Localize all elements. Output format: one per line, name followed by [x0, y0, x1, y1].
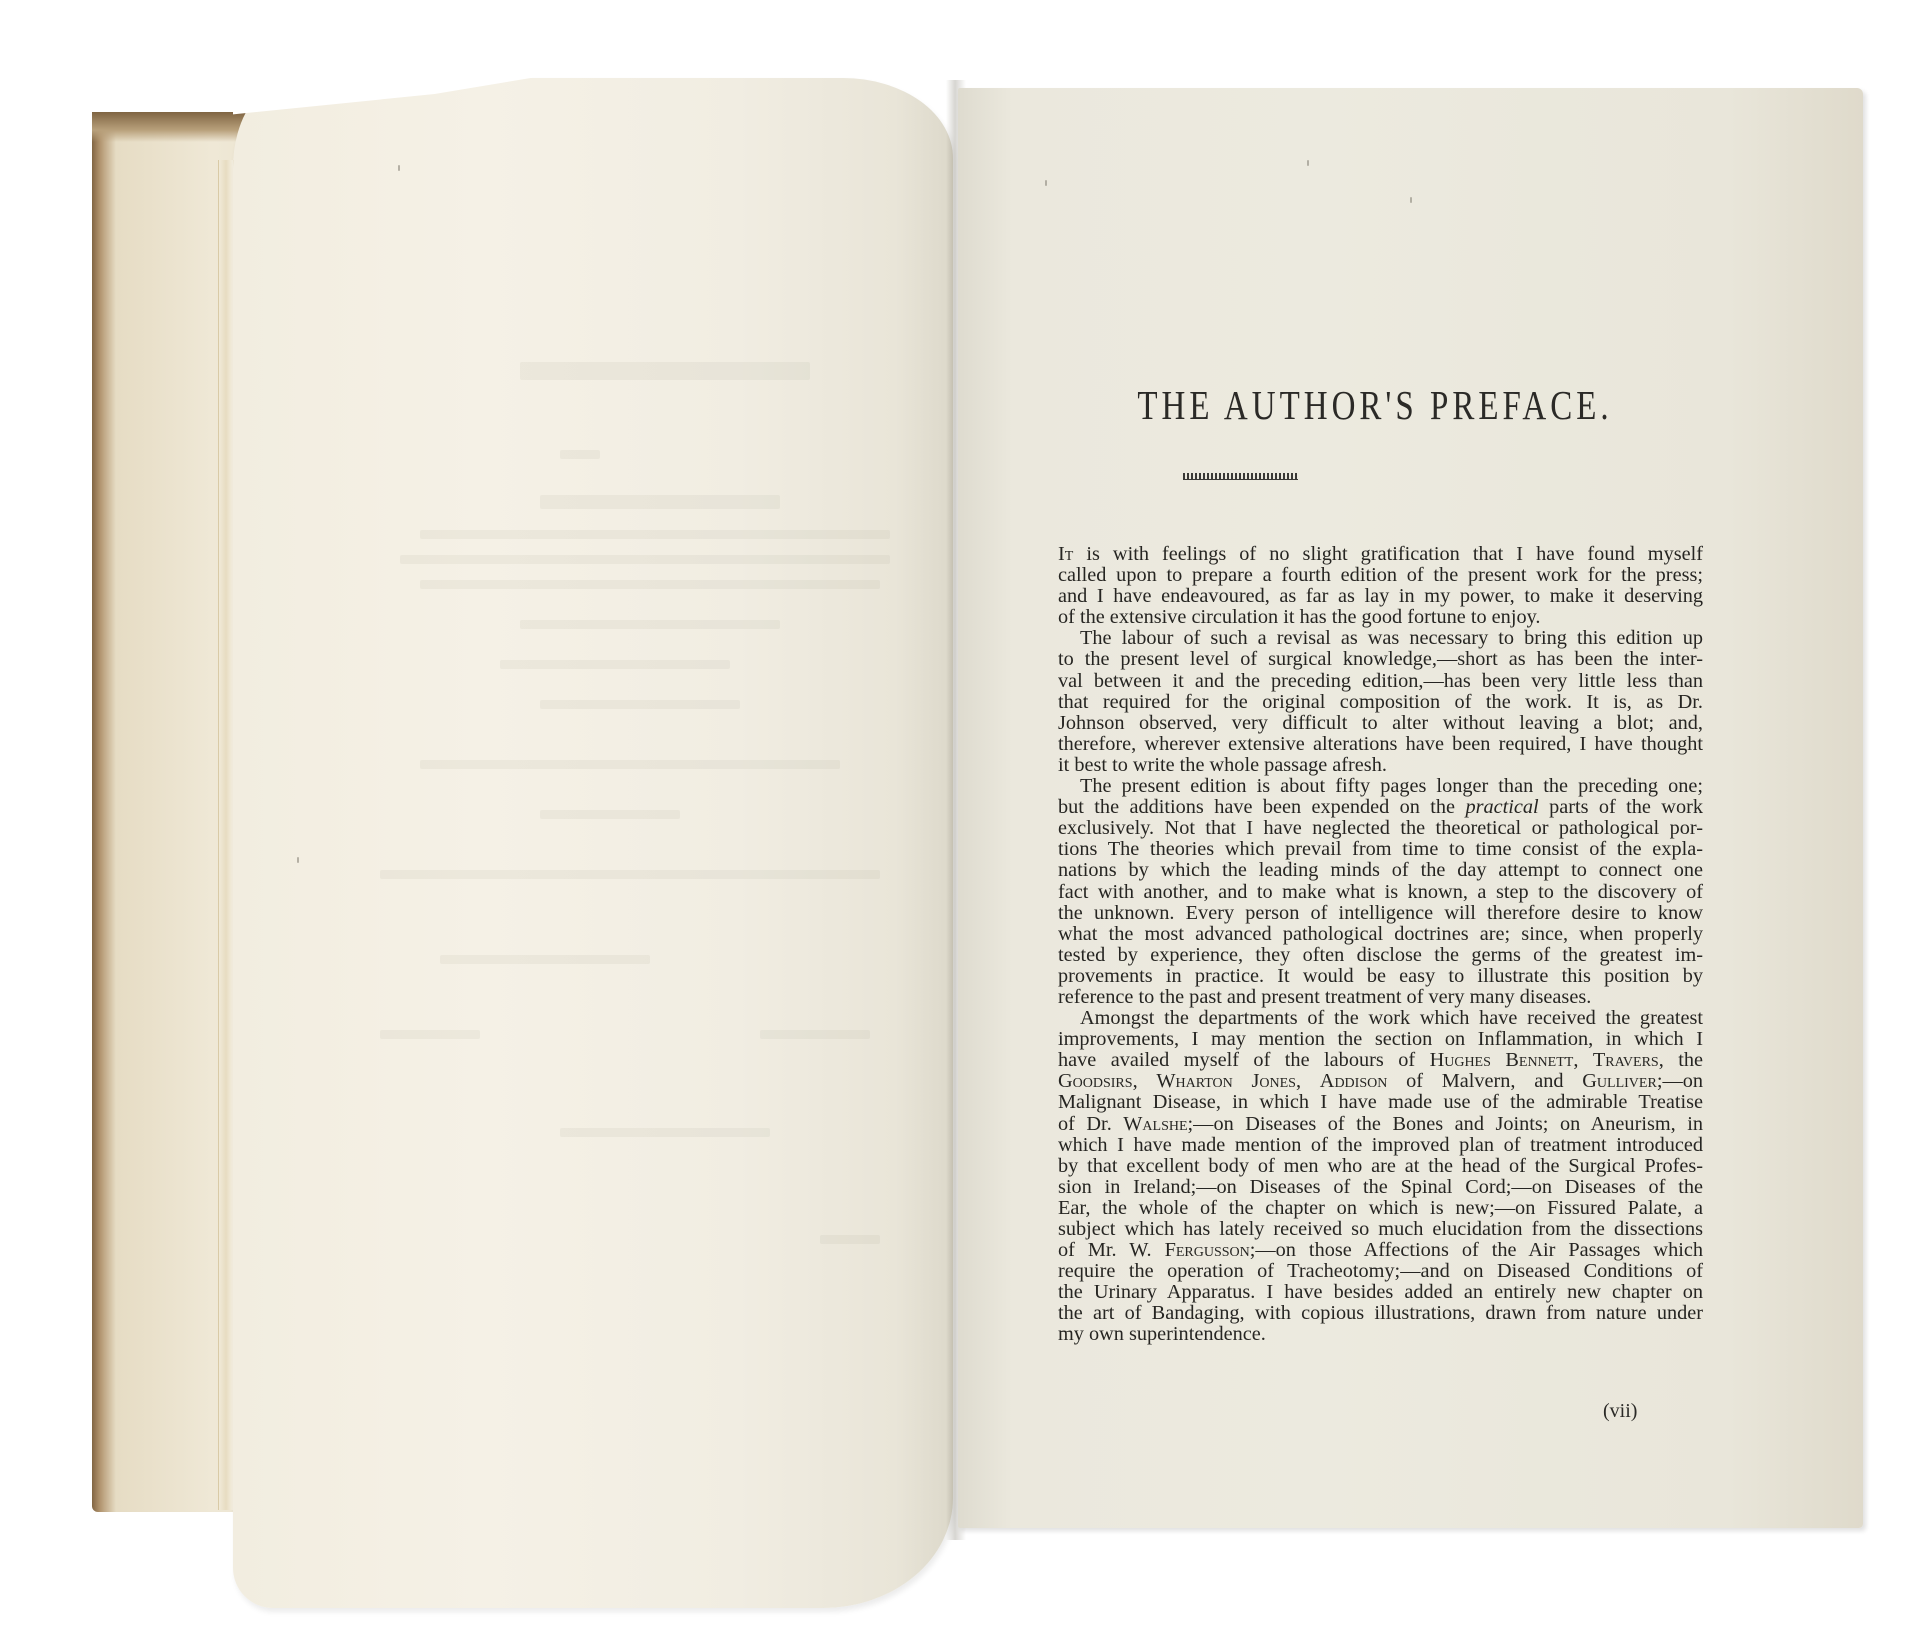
show-through-text [500, 660, 730, 669]
paper-speck [398, 165, 400, 171]
show-through-text [540, 810, 680, 819]
text-line: Amongst the departments of the work whic… [1058, 1008, 1703, 1029]
text-line: it best to write the whole passage afres… [1058, 755, 1703, 776]
text-line: reference to the past and present treatm… [1058, 987, 1703, 1008]
drop-smallcaps: It [1058, 543, 1073, 565]
text-line: which I have made mention of the improve… [1058, 1135, 1703, 1156]
paper-speck [297, 857, 299, 863]
text-line: Malignant Disease, in which I have made … [1058, 1092, 1703, 1113]
small-caps-name: Gulliver [1582, 1070, 1657, 1092]
text-line: of the extensive circulation it has the … [1058, 607, 1703, 628]
show-through-text [420, 760, 840, 769]
show-through-text [540, 700, 740, 709]
small-caps-name: Fergusson [1165, 1239, 1250, 1261]
show-through-text [420, 580, 880, 589]
open-book: THE AUTHOR'S PREFACE. It is with feeling… [0, 0, 1920, 1635]
text-line: the unknown. Every person of intelligenc… [1058, 903, 1703, 924]
text-line: tested by experience, they often disclos… [1058, 945, 1703, 966]
text-line: therefore, wherever extensive alteration… [1058, 734, 1703, 755]
text-line: that required for the original compositi… [1058, 692, 1703, 713]
text-segment: parts of the work [1539, 796, 1703, 818]
text-line: by that excellent body of men who are at… [1058, 1156, 1703, 1177]
text-segment: but the additions have been expended on … [1058, 796, 1465, 818]
text-line: improvements, I may mention the section … [1058, 1029, 1703, 1050]
small-caps-name: Hughes Bennett [1430, 1049, 1574, 1071]
text-line: have availed myself of the labours of Hu… [1058, 1050, 1703, 1071]
text-line: The present edition is about fifty pages… [1058, 776, 1703, 797]
show-through-text [820, 1235, 880, 1244]
page-title: THE AUTHOR'S PREFACE. [1000, 384, 1750, 430]
page-number: (vii) [1603, 1400, 1637, 1423]
italic-word: practical [1465, 796, 1538, 818]
text-line: what the most advanced pathological doct… [1058, 924, 1703, 945]
text-line: Johnson observed, very difficult to alte… [1058, 713, 1703, 734]
text-line: Goodsirs, Wharton Jones, Addison of Malv… [1058, 1071, 1703, 1092]
show-through-text [560, 1128, 770, 1137]
text-line: called upon to prepare a fourth edition … [1058, 565, 1703, 586]
show-through-text [540, 495, 780, 509]
text-line: val between it and the preceding edition… [1058, 671, 1703, 692]
paper-speck [1045, 180, 1047, 186]
show-through-text [380, 870, 880, 879]
text-line: Ear, the whole of the chapter on which i… [1058, 1198, 1703, 1219]
text-line: It is with feelings of no slight gratifi… [1058, 544, 1703, 565]
show-through-text [440, 955, 650, 964]
text-line: to the present level of surgical knowled… [1058, 649, 1703, 670]
paper-speck [1410, 197, 1412, 203]
small-caps-name: Walshe [1123, 1113, 1187, 1135]
text-line: the art of Bandaging, with copious illus… [1058, 1303, 1703, 1324]
text-line: nations by which the leading minds of th… [1058, 860, 1703, 881]
text-line: and I have endeavoured, as far as lay in… [1058, 586, 1703, 607]
wavy-rule-ornament [1183, 473, 1298, 480]
text-line: exclusively. Not that I have neglected t… [1058, 818, 1703, 839]
preface-body: It is with feelings of no slight gratifi… [1058, 544, 1703, 1346]
paper-speck [1307, 160, 1309, 166]
left-page-curled [233, 78, 953, 1608]
show-through-text [560, 450, 600, 459]
flyleaf-edge [218, 160, 234, 1510]
text-line: The labour of such a revisal as was nece… [1058, 628, 1703, 649]
small-caps-name: Wharton Jones [1156, 1070, 1296, 1092]
text-line: of Mr. W. Fergusson;—on those Affections… [1058, 1240, 1703, 1261]
text-line: require the operation of Tracheotomy;—an… [1058, 1261, 1703, 1282]
text-line: the Urinary Apparatus. I have besides ad… [1058, 1282, 1703, 1303]
text-line: fact with another, and to make what is k… [1058, 882, 1703, 903]
text-line: subject which has lately received so muc… [1058, 1219, 1703, 1240]
show-through-text [760, 1030, 870, 1039]
text-line: but the additions have been expended on … [1058, 797, 1703, 818]
show-through-text [520, 620, 780, 629]
text-line: my own superintendence. [1058, 1324, 1703, 1345]
small-caps-name: Goodsirs [1058, 1070, 1133, 1092]
text-line: of Dr. Walshe;—on Diseases of the Bones … [1058, 1114, 1703, 1135]
show-through-text [400, 555, 890, 564]
small-caps-name: Travers [1593, 1049, 1659, 1071]
show-through-text [520, 362, 810, 380]
show-through-text [420, 530, 890, 539]
show-through-text [380, 1030, 480, 1039]
text-line: sion in Ireland;—on Diseases of the Spin… [1058, 1177, 1703, 1198]
text-line: tions The theories which prevail from ti… [1058, 839, 1703, 860]
small-caps-name: Addison [1320, 1070, 1388, 1092]
text-line: provements in practice. It would be easy… [1058, 966, 1703, 987]
